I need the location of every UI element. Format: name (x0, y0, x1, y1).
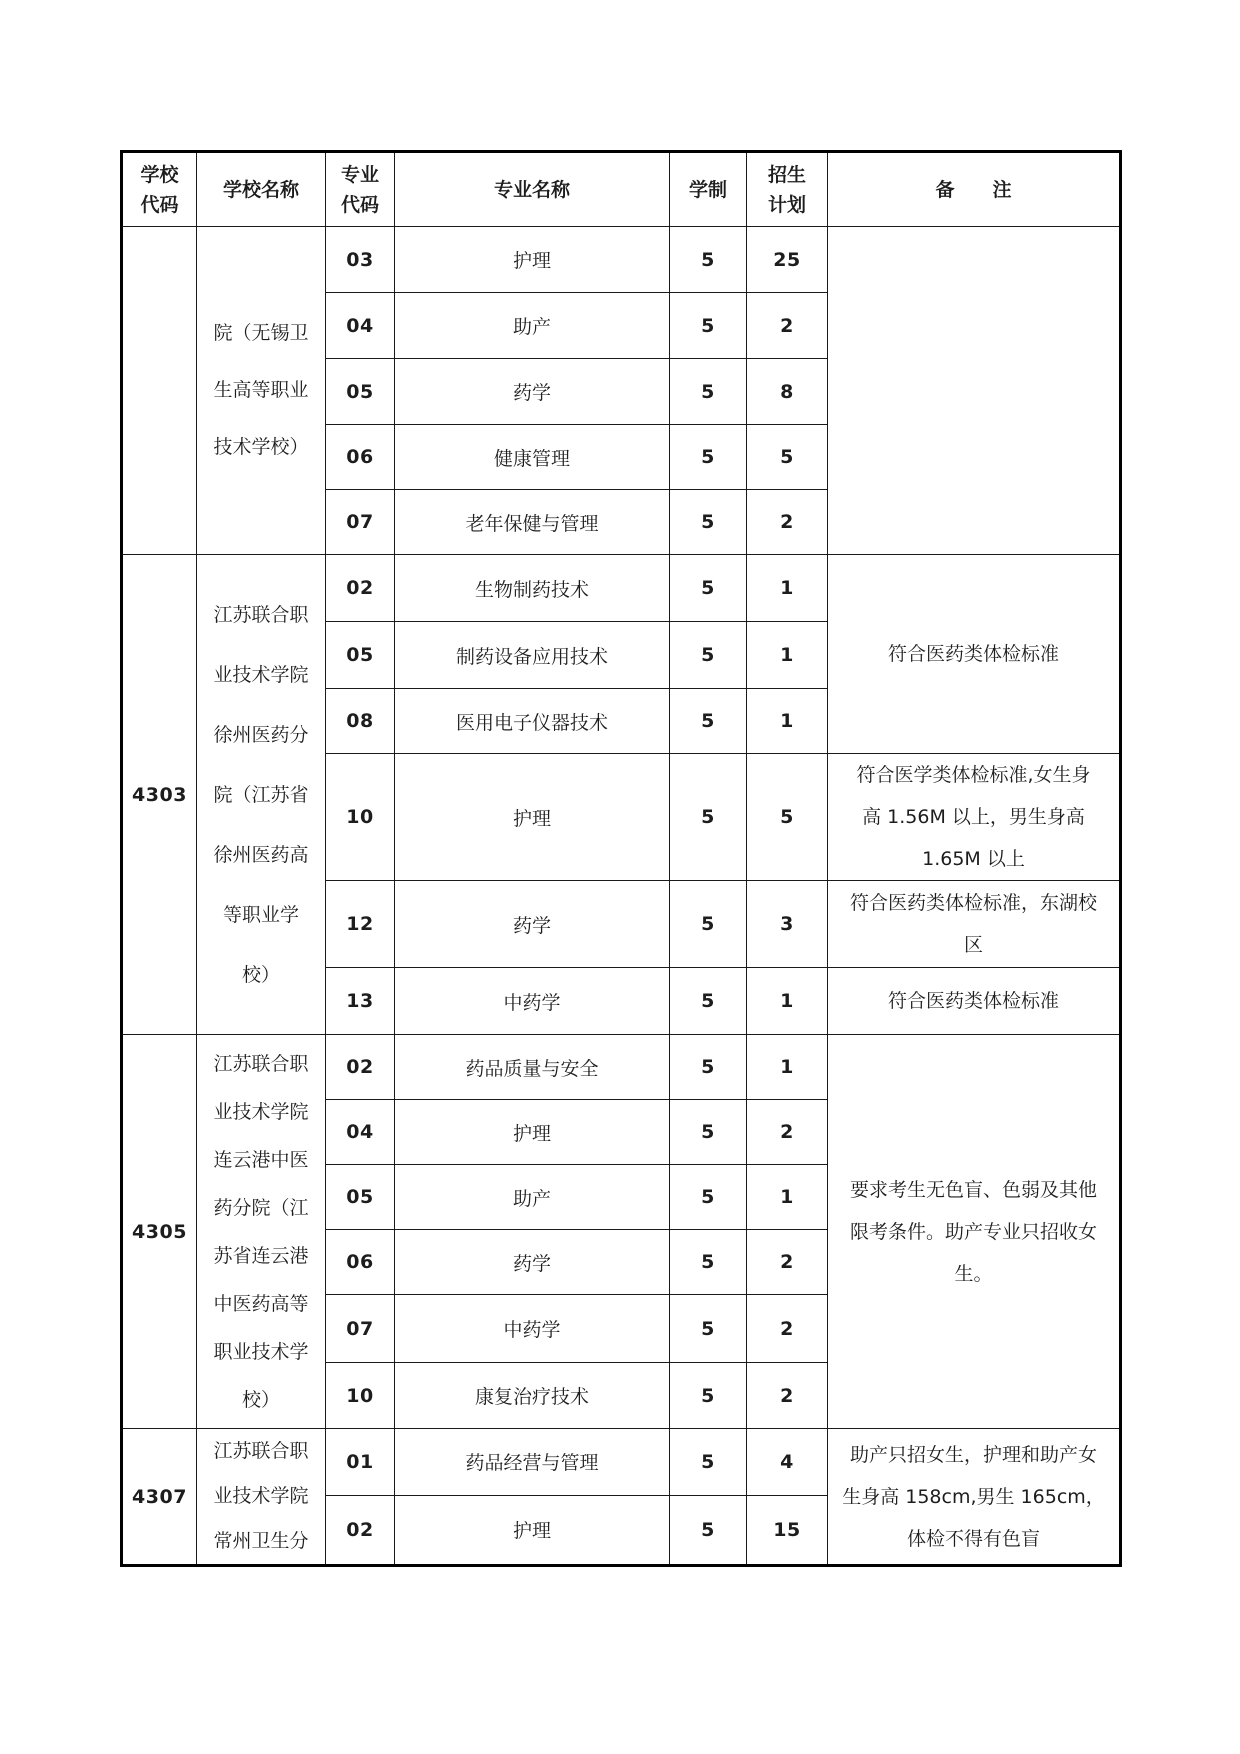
plan-cell: 5 (747, 754, 828, 881)
major-name-cell: 药学 (395, 359, 670, 425)
major-code-cell: 02 (326, 555, 395, 622)
years-cell: 5 (670, 359, 747, 425)
years-cell: 5 (670, 881, 747, 968)
major-code-cell: 02 (326, 1495, 395, 1565)
major-name-cell: 制药设备应用技术 (395, 622, 670, 689)
major-name-cell: 药品经营与管理 (395, 1429, 670, 1496)
plan-cell: 1 (747, 622, 828, 689)
years-cell: 5 (670, 293, 747, 359)
school-code-cell: 4303 (122, 555, 197, 1035)
years-cell: 5 (670, 1230, 747, 1295)
table-row: 院（无锡卫 生高等职业 技术学校） 03 护理 5 25 (122, 227, 1121, 293)
header-school-code: 学校 代码 (122, 152, 197, 227)
major-code-cell: 04 (326, 1100, 395, 1165)
years-cell: 5 (670, 622, 747, 689)
years-cell: 5 (670, 1495, 747, 1565)
major-name-cell: 生物制药技术 (395, 555, 670, 622)
table-row: 4305 江苏联合职 业技术学院 连云港中医 药分院（江 苏省连云港 中医药高等… (122, 1035, 1121, 1100)
major-code-cell: 03 (326, 227, 395, 293)
plan-cell: 2 (747, 1363, 828, 1429)
header-school-name: 学校名称 (197, 152, 326, 227)
remark-cell (828, 227, 1121, 555)
plan-cell: 1 (747, 555, 828, 622)
enrollment-plan-table: 学校 代码 学校名称 专业 代码 专业名称 学制 招生 计划 备 注 院（无锡卫… (120, 150, 1122, 1567)
major-name-cell: 药学 (395, 881, 670, 968)
school-name-cell: 江苏联合职 业技术学院 徐州医药分 院（江苏省 徐州医药高 等职业学 校） (197, 555, 326, 1035)
major-code-cell: 02 (326, 1035, 395, 1100)
major-name-cell: 护理 (395, 754, 670, 881)
major-name-cell: 药学 (395, 1230, 670, 1295)
plan-cell: 5 (747, 425, 828, 490)
plan-cell: 4 (747, 1429, 828, 1496)
plan-cell: 1 (747, 1035, 828, 1100)
years-cell: 5 (670, 490, 747, 555)
major-code-cell: 05 (326, 622, 395, 689)
plan-cell: 1 (747, 689, 828, 754)
remark-cell: 符合医学类体检标准,女生身 高 1.56M 以上，男生身高 1.65M 以上 (828, 754, 1121, 881)
major-name-cell: 中药学 (395, 1295, 670, 1363)
major-code-cell: 05 (326, 359, 395, 425)
years-cell: 5 (670, 1165, 747, 1230)
major-code-cell: 10 (326, 754, 395, 881)
school-code-cell: 4307 (122, 1429, 197, 1566)
years-cell: 5 (670, 1429, 747, 1496)
major-name-cell: 助产 (395, 1165, 670, 1230)
major-code-cell: 10 (326, 1363, 395, 1429)
school-name-cell: 院（无锡卫 生高等职业 技术学校） (197, 227, 326, 555)
major-code-cell: 07 (326, 490, 395, 555)
remark-cell: 助产只招女生，护理和助产女 生身高 158cm,男生 165cm， 体检不得有色… (828, 1429, 1121, 1566)
plan-cell: 15 (747, 1495, 828, 1565)
years-cell: 5 (670, 227, 747, 293)
major-code-cell: 08 (326, 689, 395, 754)
major-name-cell: 老年保健与管理 (395, 490, 670, 555)
years-cell: 5 (670, 1295, 747, 1363)
plan-cell: 25 (747, 227, 828, 293)
years-cell: 5 (670, 968, 747, 1035)
years-cell: 5 (670, 555, 747, 622)
major-code-cell: 01 (326, 1429, 395, 1496)
major-code-cell: 05 (326, 1165, 395, 1230)
remark-cell: 符合医药类体检标准 (828, 968, 1121, 1035)
plan-cell: 2 (747, 490, 828, 555)
major-name-cell: 医用电子仪器技术 (395, 689, 670, 754)
major-code-cell: 13 (326, 968, 395, 1035)
remark-cell: 符合医药类体检标准 (828, 555, 1121, 754)
major-name-cell: 护理 (395, 1495, 670, 1565)
major-code-cell: 04 (326, 293, 395, 359)
header-major-name: 专业名称 (395, 152, 670, 227)
header-plan: 招生 计划 (747, 152, 828, 227)
major-code-cell: 06 (326, 425, 395, 490)
years-cell: 5 (670, 689, 747, 754)
years-cell: 5 (670, 754, 747, 881)
years-cell: 5 (670, 1363, 747, 1429)
major-name-cell: 助产 (395, 293, 670, 359)
plan-cell: 1 (747, 1165, 828, 1230)
major-name-cell: 健康管理 (395, 425, 670, 490)
header-major-code: 专业 代码 (326, 152, 395, 227)
header-years: 学制 (670, 152, 747, 227)
plan-cell: 2 (747, 1295, 828, 1363)
years-cell: 5 (670, 425, 747, 490)
years-cell: 5 (670, 1100, 747, 1165)
plan-cell: 3 (747, 881, 828, 968)
remark-cell: 要求考生无色盲、色弱及其他 限考条件。助产专业只招收女 生。 (828, 1035, 1121, 1429)
plan-cell: 2 (747, 1100, 828, 1165)
major-name-cell: 中药学 (395, 968, 670, 1035)
table-row: 4307 江苏联合职 业技术学院 常州卫生分 01 药品经营与管理 5 4 助产… (122, 1429, 1121, 1496)
years-cell: 5 (670, 1035, 747, 1100)
major-name-cell: 护理 (395, 1100, 670, 1165)
major-name-cell: 药品质量与安全 (395, 1035, 670, 1100)
plan-cell: 2 (747, 293, 828, 359)
major-code-cell: 06 (326, 1230, 395, 1295)
major-code-cell: 07 (326, 1295, 395, 1363)
table-header-row: 学校 代码 学校名称 专业 代码 专业名称 学制 招生 计划 备 注 (122, 152, 1121, 227)
table-row: 4303 江苏联合职 业技术学院 徐州医药分 院（江苏省 徐州医药高 等职业学 … (122, 555, 1121, 622)
remark-cell: 符合医药类体检标准，东湖校 区 (828, 881, 1121, 968)
plan-cell: 1 (747, 968, 828, 1035)
plan-cell: 2 (747, 1230, 828, 1295)
school-name-cell: 江苏联合职 业技术学院 常州卫生分 (197, 1429, 326, 1566)
major-name-cell: 护理 (395, 227, 670, 293)
document-page: 学校 代码 学校名称 专业 代码 专业名称 学制 招生 计划 备 注 院（无锡卫… (0, 0, 1240, 1754)
major-code-cell: 12 (326, 881, 395, 968)
school-code-cell: 4305 (122, 1035, 197, 1429)
header-remark: 备 注 (828, 152, 1121, 227)
school-name-cell: 江苏联合职 业技术学院 连云港中医 药分院（江 苏省连云港 中医药高等 职业技术… (197, 1035, 326, 1429)
plan-cell: 8 (747, 359, 828, 425)
major-name-cell: 康复治疗技术 (395, 1363, 670, 1429)
school-code-cell (122, 227, 197, 555)
